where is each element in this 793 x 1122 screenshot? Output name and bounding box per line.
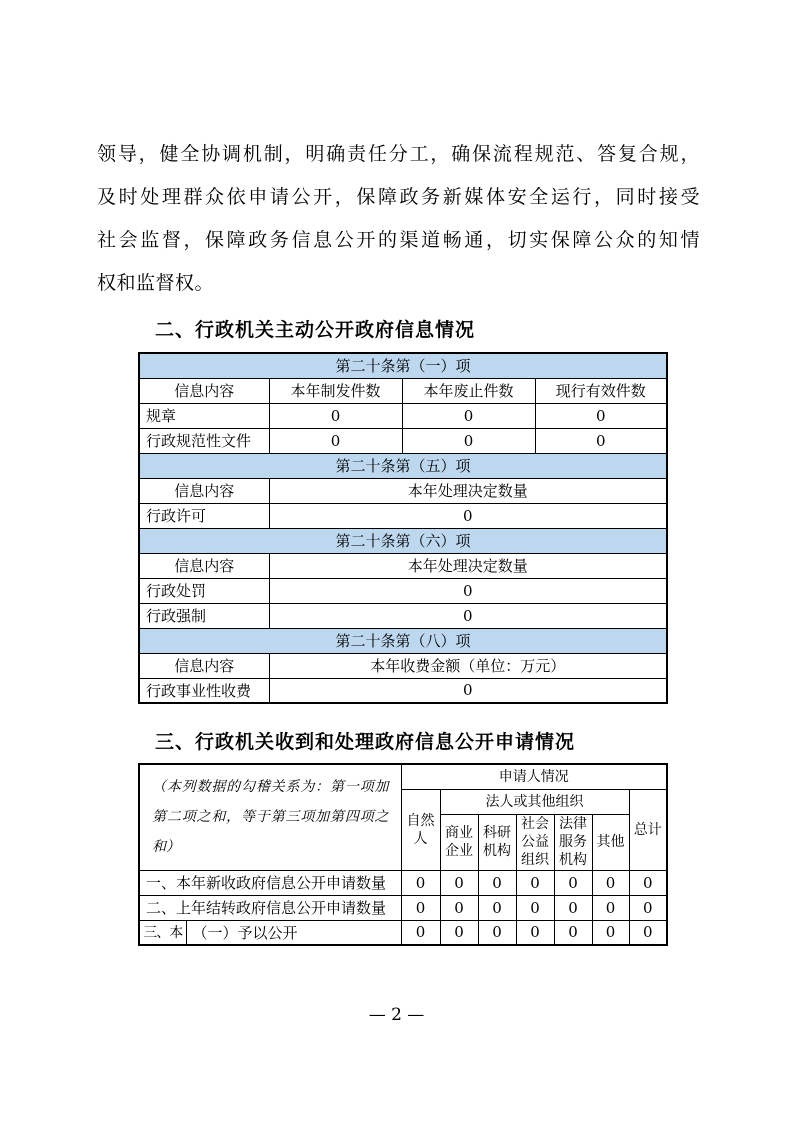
column-header: 现行有效件数 [535,378,667,403]
row-label: 行政处罚 [139,578,269,603]
cell-value: 0 [402,403,535,428]
table-section-band: 第二十条第（八）项 [139,628,667,653]
cell-value: 0 [269,403,402,428]
section-band-title: 第二十条第（五）项 [139,453,667,478]
row-label: 规章 [139,403,269,428]
column-header: 信息内容 [139,478,269,503]
cell-value: 0 [629,870,667,895]
table-row: 三、本 （一）予以公开 0 0 0 0 0 0 0 [139,920,667,945]
cell-value: 0 [440,870,478,895]
section-band-title: 第二十条第（六）项 [139,528,667,553]
cell-value: 0 [554,895,592,920]
column-header: 信息内容 [139,378,269,403]
column-header: 本年处理决定数量 [269,478,667,503]
cell-value: 0 [401,920,440,945]
active-disclosure-table: 第二十条第（一）项 信息内容 本年制发件数 本年废止件数 现行有效件数 规章 0… [138,352,668,704]
cell-value: 0 [402,428,535,453]
cell-value: 0 [592,895,629,920]
cell-value: 0 [516,870,554,895]
column-header: 社会公益组织 [516,814,554,870]
document-page: 领导，健全协调机制，明确责任分工，确保流程规范、答复合规， 及时处理群众依申请公… [0,0,793,1122]
row-label: （一）予以公开 [186,920,401,945]
row-label: 二、上年结转政府信息公开申请数量 [139,895,401,920]
section-band-title: 第二十条第（一）项 [139,353,667,378]
cell-value: 0 [554,870,592,895]
cell-value: 0 [401,895,440,920]
table-row: 行政强制 0 [139,603,667,628]
table-row: 行政事业性收费 0 [139,678,667,703]
cell-value: 0 [535,428,667,453]
cell-value: 0 [592,920,629,945]
paragraph-line: 领导，健全协调机制，明确责任分工，确保流程规范、答复合规， [97,133,700,176]
reconciliation-note: （本列数据的勾稽关系为：第一项加第二项之和，等于第三项加第四项之和） [139,764,401,870]
cell-value: 0 [478,870,516,895]
table-section-band: 第二十条第（五）项 [139,453,667,478]
application-handling-table: （本列数据的勾稽关系为：第一项加第二项之和，等于第三项加第四项之和） 申请人情况… [138,763,668,946]
row-label: 行政事业性收费 [139,678,269,703]
column-header: 其他 [592,814,629,870]
cell-value: 0 [440,920,478,945]
table-section-band: 第二十条第（六）项 [139,528,667,553]
row-label: 行政许可 [139,503,269,528]
table-row: 行政处罚 0 [139,578,667,603]
column-header: 本年处理决定数量 [269,553,667,578]
cell-value: 0 [269,578,667,603]
table-header-row: （本列数据的勾稽关系为：第一项加第二项之和，等于第三项加第四项之和） 申请人情况 [139,764,667,789]
column-header: 科研机构 [478,814,516,870]
cell-value: 0 [629,920,667,945]
cell-value: 0 [629,895,667,920]
cell-value: 0 [478,895,516,920]
table-row: 行政规范性文件 0 0 0 [139,428,667,453]
paragraph-line: 社会监督，保障政务信息公开的渠道畅通，切实保障公众的知情 [97,219,700,262]
cell-value: 0 [516,920,554,945]
cell-value: 0 [554,920,592,945]
table-row: 一、本年新收政府信息公开申请数量 0 0 0 0 0 0 0 [139,870,667,895]
cell-value: 0 [269,428,402,453]
body-paragraph: 领导，健全协调机制，明确责任分工，确保流程规范、答复合规， 及时处理群众依申请公… [97,133,700,305]
table-row: 二、上年结转政府信息公开申请数量 0 0 0 0 0 0 0 [139,895,667,920]
column-header: 本年制发件数 [269,378,402,403]
cell-value: 0 [269,503,667,528]
section-band-title: 第二十条第（八）项 [139,628,667,653]
cell-value: 0 [592,870,629,895]
column-header-total: 总计 [629,789,667,870]
paragraph-line: 及时处理群众依申请公开，保障政务新媒体安全运行，同时接受 [97,176,700,219]
column-header-natural-person: 自然人 [401,789,440,870]
cell-value: 0 [478,920,516,945]
page-number: — 2 — [0,1005,793,1025]
cell-value: 0 [269,603,667,628]
cell-value: 0 [269,678,667,703]
row-label-prefix: 三、本 [139,920,186,945]
column-header: 本年废止件数 [402,378,535,403]
section-3-heading: 三、行政机关收到和处理政府信息公开申请情况 [155,729,700,755]
column-header: 信息内容 [139,653,269,678]
cell-value: 0 [440,895,478,920]
table-header-row: 信息内容 本年收费金额（单位：万元） [139,653,667,678]
column-header: 信息内容 [139,553,269,578]
cell-value: 0 [516,895,554,920]
table-row: 规章 0 0 0 [139,403,667,428]
column-header: 商业企业 [440,814,478,870]
table-section-band: 第二十条第（一）项 [139,353,667,378]
row-label: 行政规范性文件 [139,428,269,453]
cell-value: 0 [401,870,440,895]
table-header-row: 信息内容 本年处理决定数量 [139,553,667,578]
table-header-row: 信息内容 本年制发件数 本年废止件数 现行有效件数 [139,378,667,403]
row-label: 一、本年新收政府信息公开申请数量 [139,870,401,895]
table-row: 行政许可 0 [139,503,667,528]
column-header-legal-or-other: 法人或其他组织 [440,789,629,814]
column-header: 法律服务机构 [554,814,592,870]
section-2-heading: 二、行政机关主动公开政府信息情况 [155,317,700,343]
applicant-header: 申请人情况 [401,764,667,789]
paragraph-line: 权和监督权。 [97,262,700,305]
table-header-row: 信息内容 本年处理决定数量 [139,478,667,503]
column-header: 本年收费金额（单位：万元） [269,653,667,678]
row-label: 行政强制 [139,603,269,628]
cell-value: 0 [535,403,667,428]
page-content: 领导，健全协调机制，明确责任分工，确保流程规范、答复合规， 及时处理群众依申请公… [0,0,793,946]
